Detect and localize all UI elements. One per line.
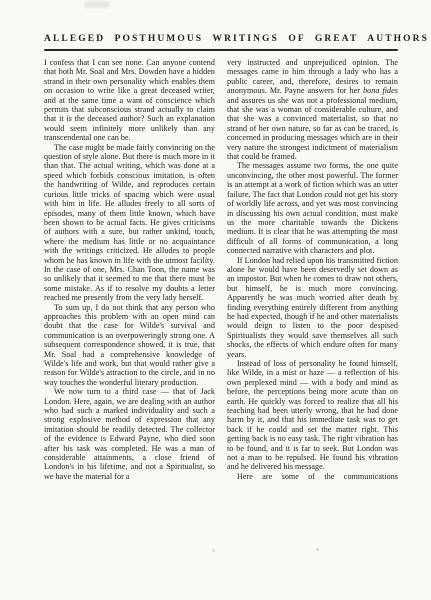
scan-speck bbox=[316, 548, 319, 551]
paragraph: very instructed and unprejudiced opinion… bbox=[227, 58, 398, 161]
body-text: Here are some of the communications bbox=[237, 472, 398, 481]
running-head-title: ALLEGED POSTHUMOUS WRITINGS OF GREAT AUT… bbox=[44, 34, 429, 44]
paragraph: Instead of loss of personality he found … bbox=[227, 359, 398, 472]
paragraph: To sum up, I do not think that any perso… bbox=[44, 303, 215, 388]
column-left: I confess that I can see none. Can anyon… bbox=[44, 58, 215, 481]
paragraph: The case might be made fairly convincing… bbox=[44, 143, 215, 303]
body-text: Instead of loss of personality he found … bbox=[227, 359, 398, 471]
book-page: ALLEGED POSTHUMOUS WRITINGS OF GREAT AUT… bbox=[0, 0, 431, 600]
paragraph: The messages assume two forms, the one q… bbox=[227, 161, 398, 255]
column-right: very instructed and unprejudiced opinion… bbox=[227, 58, 398, 481]
scan-speck bbox=[212, 549, 215, 552]
paragraph: If London had relied upon his transmitte… bbox=[227, 256, 398, 359]
body-text: The messages assume two forms, the one q… bbox=[227, 161, 398, 255]
body-text: To sum up, I do not think that any perso… bbox=[44, 303, 215, 387]
page-content: ALLEGED POSTHUMOUS WRITINGS OF GREAT AUT… bbox=[44, 34, 398, 481]
italic-text: bona fides bbox=[363, 86, 398, 95]
body-text: If London had relied upon his transmitte… bbox=[227, 256, 398, 359]
header-rule bbox=[44, 49, 398, 51]
body-text: The case might be made fairly convincing… bbox=[44, 143, 215, 303]
running-head: ALLEGED POSTHUMOUS WRITINGS OF GREAT AUT… bbox=[44, 34, 398, 44]
paragraph: I confess that I can see none. Can anyon… bbox=[44, 58, 215, 143]
paragraph: Here are some of the communications bbox=[227, 472, 398, 481]
body-text: We now turn to a third case — that of Ja… bbox=[44, 387, 215, 481]
text-columns: I confess that I can see none. Can anyon… bbox=[44, 58, 398, 481]
paragraph: We now turn to a third case — that of Ja… bbox=[44, 387, 215, 481]
body-text: and assures us she was not a professiona… bbox=[227, 96, 398, 161]
scan-smudge bbox=[84, 1, 110, 8]
